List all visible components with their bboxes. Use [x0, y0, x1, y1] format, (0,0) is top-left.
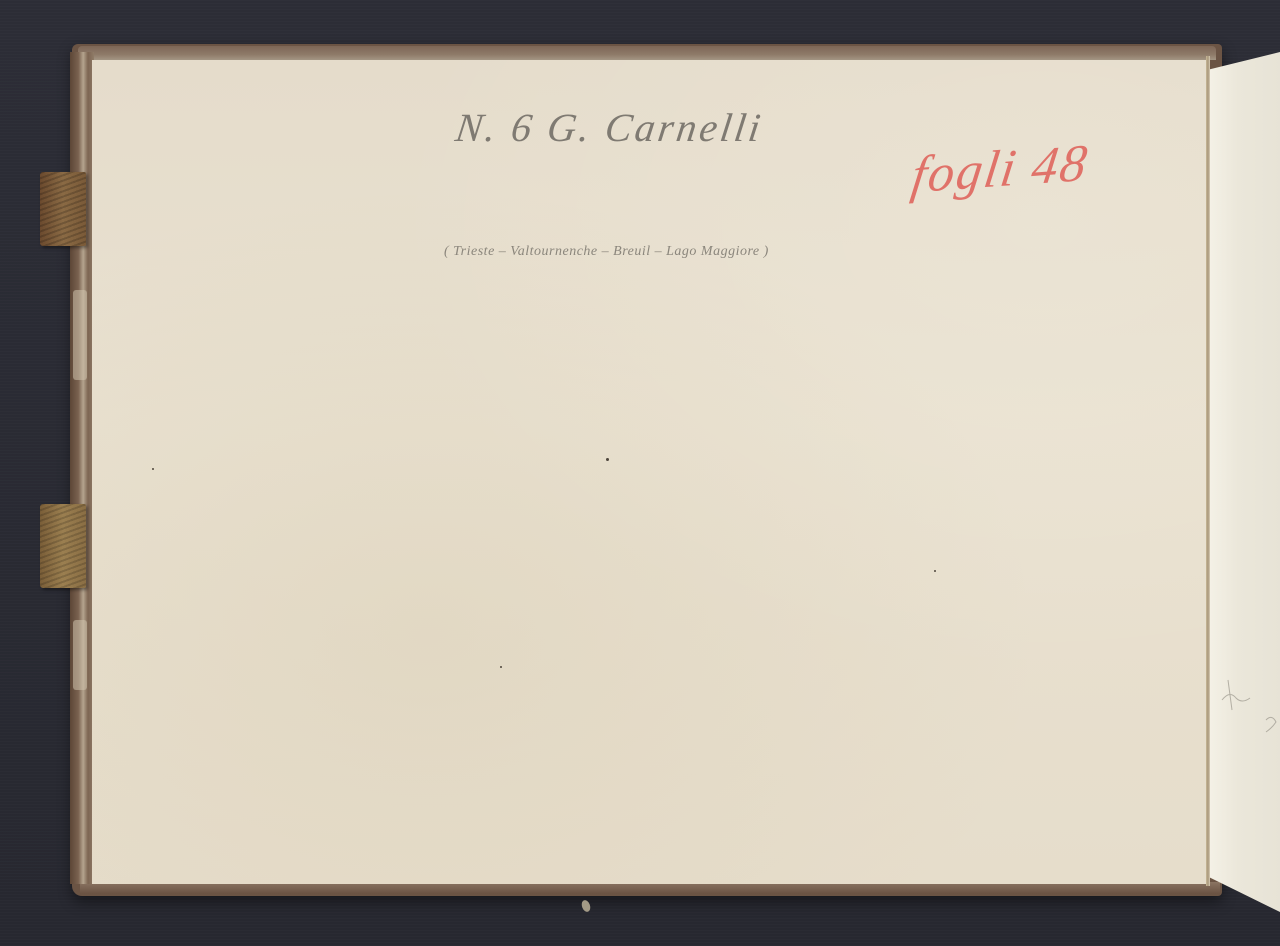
lower-binding-tie	[40, 504, 86, 588]
page-gutter	[1206, 56, 1210, 886]
paper-speck	[934, 570, 936, 572]
pencil-title-annotation: N. 6 G. Carnelli	[453, 104, 767, 151]
upper-binding-tie	[40, 172, 86, 246]
paper-speck	[606, 458, 609, 461]
paper-speck	[152, 468, 154, 470]
pencil-places-annotation: ( Trieste – Valtournenche – Breuil – Lag…	[444, 244, 769, 260]
facing-page-edge	[1210, 52, 1280, 912]
faint-sketch-icon	[1218, 660, 1280, 740]
spine-wear-mark	[73, 290, 87, 380]
paper-speck	[500, 666, 502, 668]
cover-top-edge	[78, 46, 1216, 60]
spine-wear-mark	[73, 620, 87, 690]
